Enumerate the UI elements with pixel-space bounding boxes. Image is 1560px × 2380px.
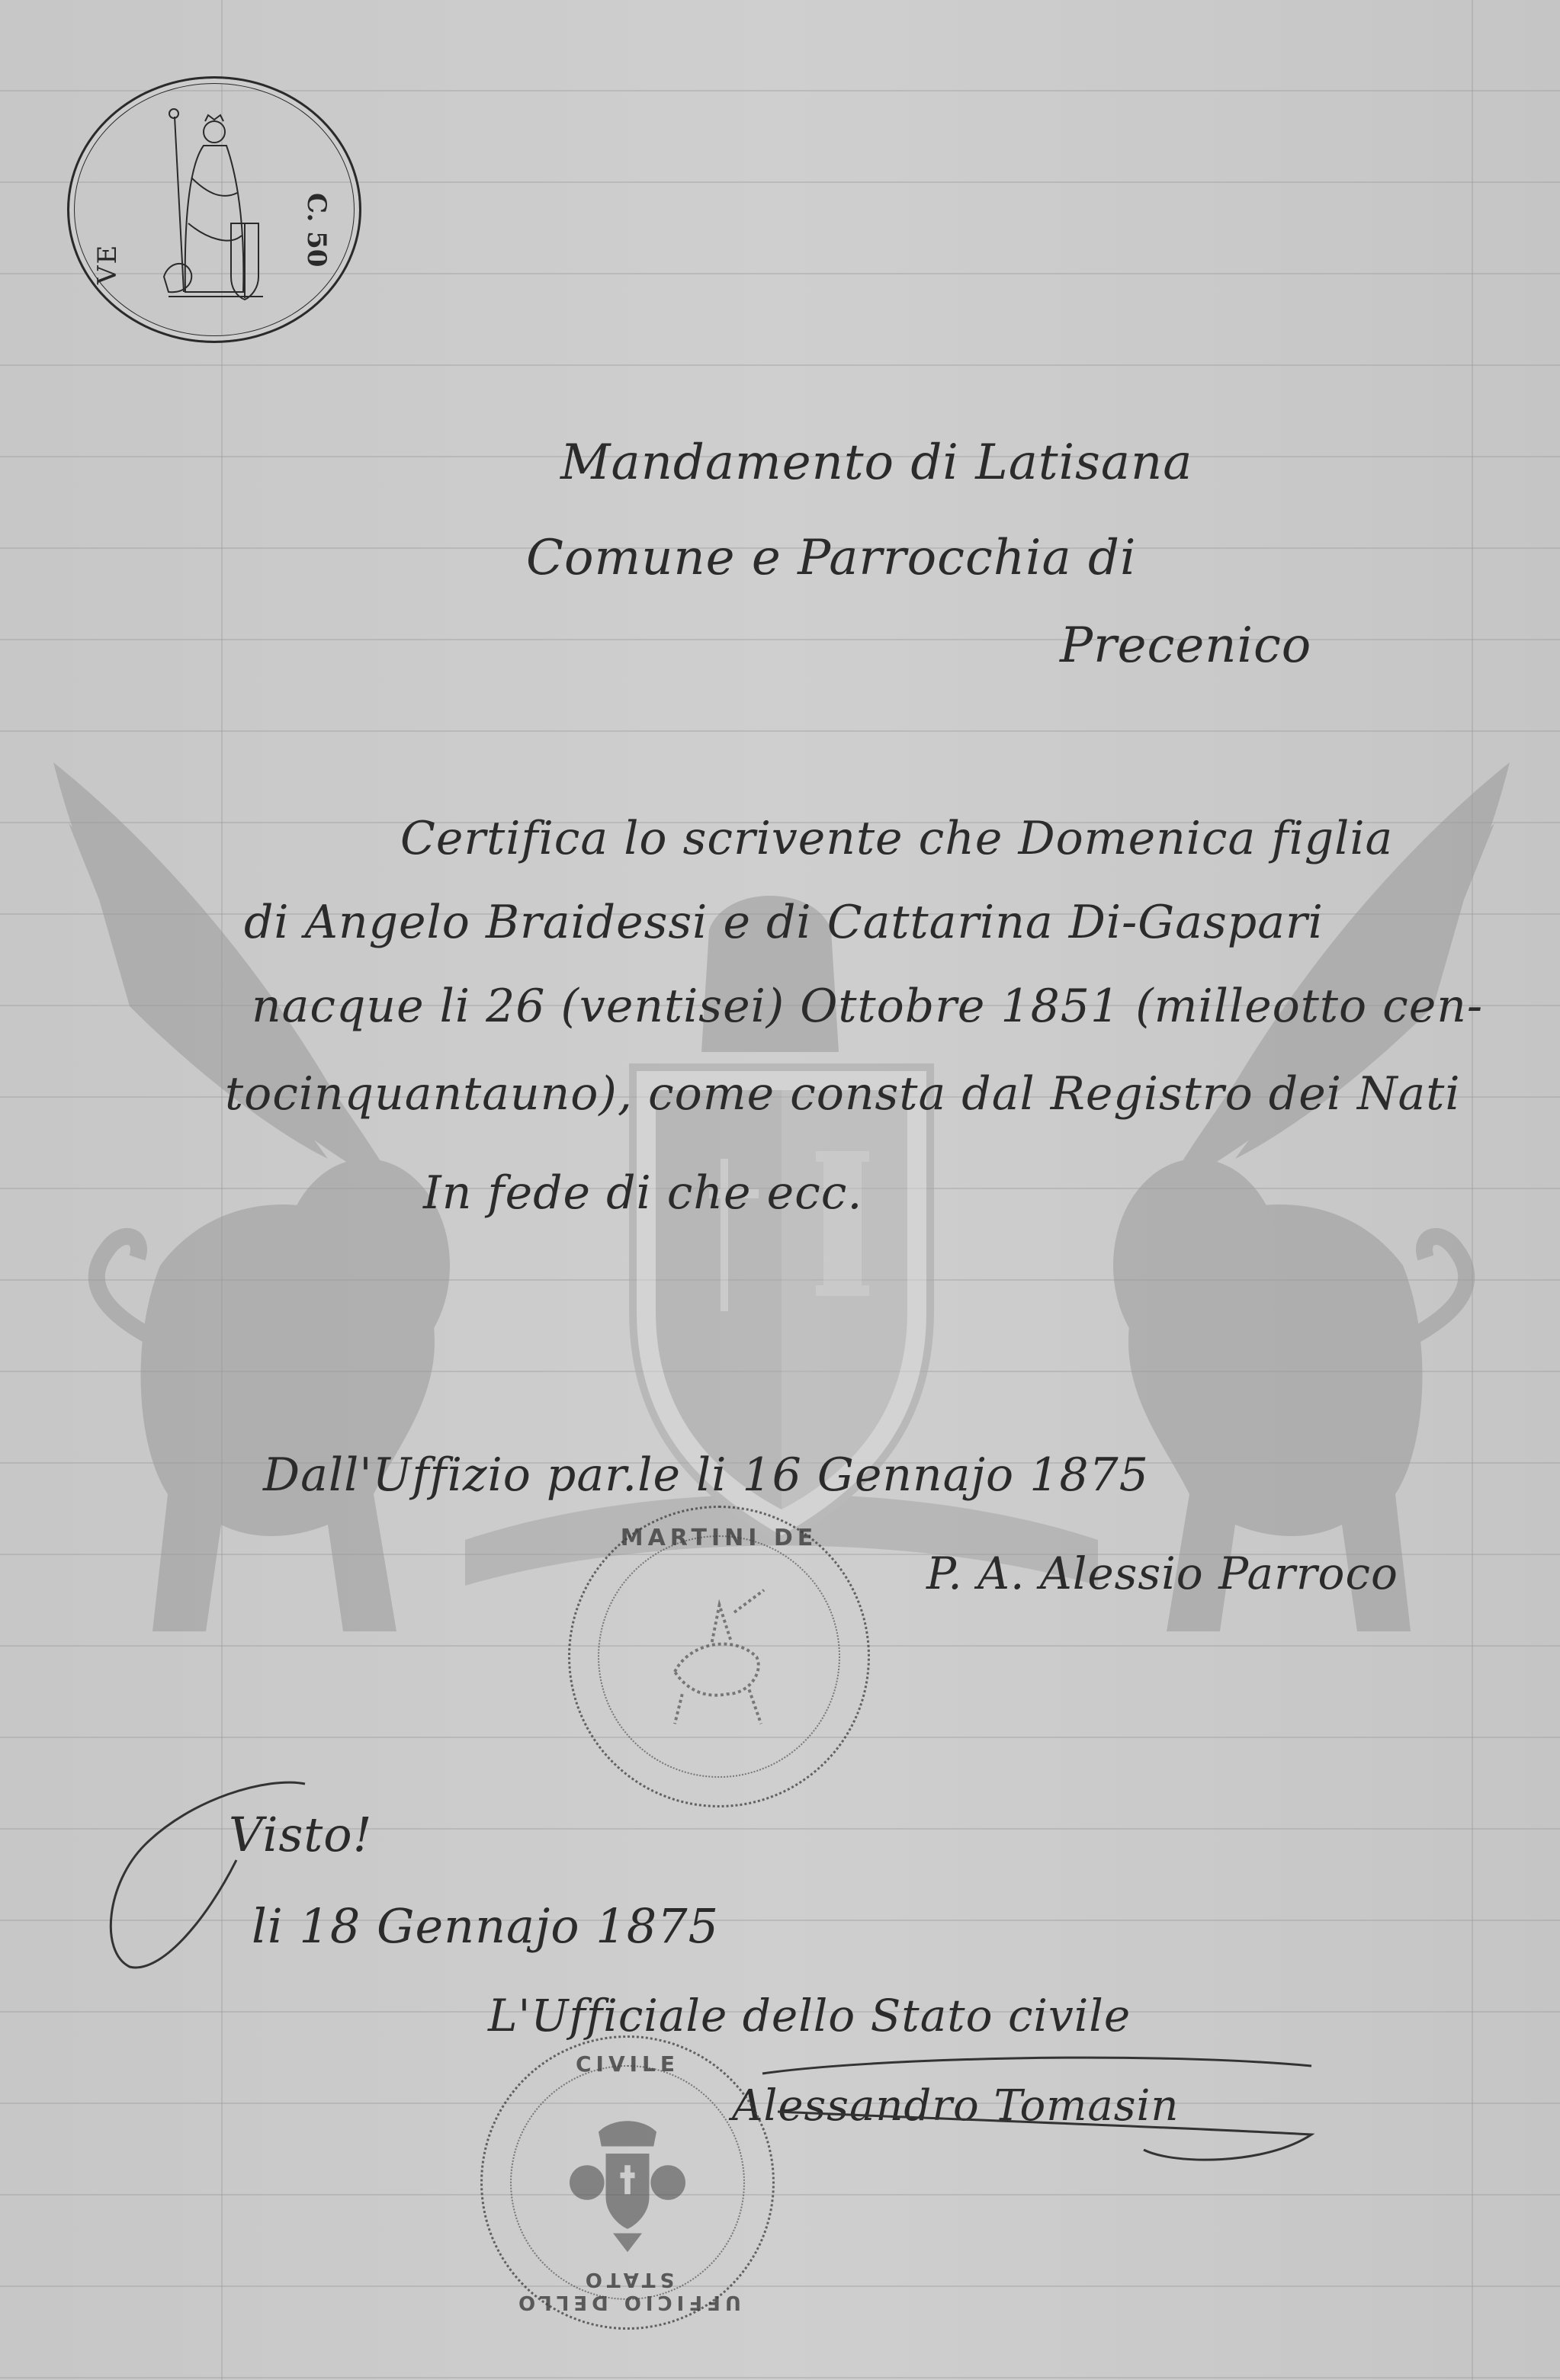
parish-seal: MARTINI DE [568,1506,870,1807]
civil-officer-title: L'Ufficiale dello Stato civile [488,1990,1131,2042]
body-line-3: nacque li 26 (ventisei) Ottobre 1851 (mi… [252,980,1483,1033]
italia-allegory-icon [161,101,268,307]
parish-signature: P. A. Alessio Parroco [926,1548,1398,1599]
header-precenico: Precenico [1060,617,1311,674]
body-line-1: Certifica lo scrivente che Domenica figl… [400,812,1393,865]
header-mandamento: Mandamento di Latisana [560,435,1192,491]
civil-seal-text-bottom: UFFICIO DELLO STATO [483,2268,772,2314]
body-line-2: di Angelo Braidessi e di Cattarina Di-Ga… [244,896,1324,949]
revenue-stamp: VE C. 50 [67,76,361,343]
civil-seal-text-top: CIVILE [483,2051,772,2077]
saint-george-emblem-icon [645,1583,794,1731]
civil-date-line: li 18 Gennajo 1875 [252,1898,719,1954]
civil-registry-seal: CIVILE UFFICIO DELLO STATO [480,2035,775,2330]
stamp-value: C. 50 [301,193,332,239]
header-comune-parrocchia: Comune e Parrocchia di [526,530,1136,586]
signature-flourish-icon [717,2051,1327,2173]
body-line-4: tocinquantauno), come consta dal Registr… [225,1067,1461,1121]
body-line-5: In fede di che ecc. [423,1166,862,1220]
stamp-monogram: VE [92,244,123,284]
visto-flourish-icon [84,1769,313,1997]
parish-seal-text: MARTINI DE [570,1525,868,1551]
savoy-coat-of-arms-icon [555,2110,700,2255]
parish-date-line: Dall'Uffizio par.le li 16 Gennajo 1875 [263,1448,1149,1502]
